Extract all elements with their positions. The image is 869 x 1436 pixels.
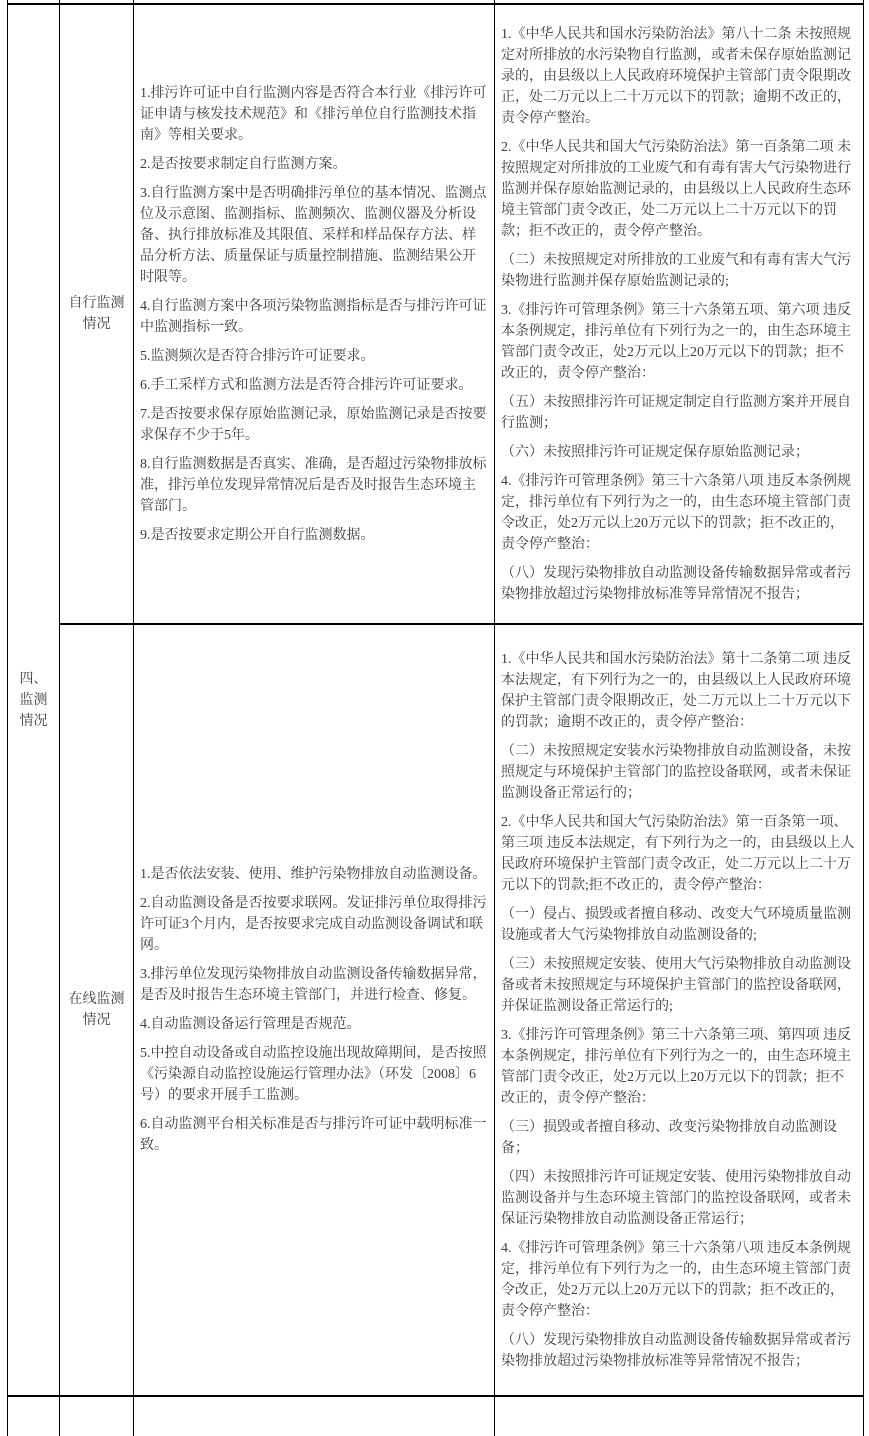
- legal-paragraph: （一）侵占、损毁或者擅自移动、改变大气环境质量监测设施或者大气污染物排放自动监测…: [501, 904, 857, 946]
- cutoff-cell: [60, 1396, 134, 1410]
- checklist-item: 4.自动监测设备运行管理是否规范。: [140, 1014, 488, 1035]
- legal-paragraph: （八）发现污染物排放自动监测设备传输数据异常或者污染物排放超过污染物排放标准等异…: [501, 563, 857, 605]
- legal-paragraph: 2.《中华人民共和国大气污染防治法》第一百条第二项 未按照规定对所排放的工业废气…: [501, 137, 857, 242]
- category-cell-online-monitoring: 在线监测 情况: [60, 624, 134, 1396]
- legal-basis-cell-self-monitoring: 1.《中华人民共和国水污染防治法》第八十二条 未按照规定对所排放的水污染物自行监…: [495, 4, 864, 624]
- checklist-item: 5.中控自动设备或自动监控设施出现故障期间，是否按照《污染源自动监控设施运行管理…: [140, 1043, 488, 1106]
- checklist-item: 6.手工采样方式和监测方法是否符合排污许可证要求。: [140, 375, 488, 396]
- checklist-item: 8.自行监测数据是否真实、准确，是否超过污染物排放标准，排污单位发现异常情况后是…: [140, 454, 488, 517]
- checklist-item: 7.是否按要求保存原始监测记录，原始监测记录是否按要求保存不少于5年。: [140, 404, 488, 446]
- legal-basis-cell-online-monitoring: 1.《中华人民共和国水污染防治法》第十二条第二项 违反本法规定，有下列行为之一的…: [495, 624, 864, 1396]
- cutoff-cell: [134, 1396, 495, 1410]
- checklist-item: 1.排污许可证中自行监测内容是否符合本行业《排污许可证申请与核发技术规范》和《排…: [140, 83, 488, 146]
- checklist-item: 2.是否按要求制定自行监测方案。: [140, 154, 488, 175]
- compliance-table: 四、 监测 情况 自行监测 情况 1.排污许可证中自行监测内容是否符合本行业《排…: [7, 0, 864, 1410]
- cutoff-cell: [495, 1396, 864, 1410]
- table-row-cutoff-bottom: [8, 1396, 864, 1410]
- category-cell-self-monitoring: 自行监测 情况: [60, 4, 134, 624]
- legal-paragraph: 2.《中华人民共和国大气污染防治法》第一百条第一项、第三项 违反本法规定，有下列…: [501, 812, 857, 896]
- legal-paragraph: （二）未按照规定安装水污染物排放自动监测设备，未按照规定与环境保护主管部门的监控…: [501, 741, 857, 804]
- items-cell-self-monitoring: 1.排污许可证中自行监测内容是否符合本行业《排污许可证申请与核发技术规范》和《排…: [134, 4, 495, 624]
- table-row-online-monitoring: 在线监测 情况 1.是否依法安装、使用、维护污染物排放自动监测设备。 2.自动监…: [8, 624, 864, 1396]
- checklist-item: 9.是否按要求定期公开自行监测数据。: [140, 525, 488, 546]
- checklist-item: 6.自动监测平台相关标准是否与排污许可证中载明标准一致。: [140, 1114, 488, 1156]
- checklist-item: 3.排污单位发现污染物排放自动监测设备传输数据异常，是否及时报告生态环境主管部门…: [140, 964, 488, 1006]
- legal-paragraph: （四）未按照排污许可证规定安装、使用污染物排放自动监测设备并与生态环境主管部门的…: [501, 1167, 857, 1230]
- legal-paragraph: 4.《排污许可管理条例》第三十六条第八项 违反本条例规定，排污单位有下列行为之一…: [501, 1238, 857, 1322]
- checklist-item: 3.自行监测方案中是否明确排污单位的基本情况、监测点位及示意图、监测指标、监测频…: [140, 183, 488, 288]
- legal-paragraph: （六）未按照排污许可证规定保存原始监测记录；: [501, 442, 857, 463]
- legal-paragraph: （三）损毁或者擅自移动、改变污染物排放自动监测设备；: [501, 1117, 857, 1159]
- section-label-monitoring: 四、 监测 情况: [8, 4, 60, 1396]
- items-cell-online-monitoring: 1.是否依法安装、使用、维护污染物排放自动监测设备。 2.自动监测设备是否按要求…: [134, 624, 495, 1396]
- legal-paragraph: 4.《排污许可管理条例》第三十六条第八项 违反本条例规定，排污单位有下列行为之一…: [501, 471, 857, 555]
- checklist-item: 4.自行监测方案中各项污染物监测指标是否与排污许可证中监测指标一致。: [140, 296, 488, 338]
- legal-paragraph: 1.《中华人民共和国水污染防治法》第十二条第二项 违反本法规定，有下列行为之一的…: [501, 649, 857, 733]
- legal-paragraph: （三）未按照规定安装、使用大气污染物排放自动监测设备或者未按照规定与环境保护主管…: [501, 954, 857, 1017]
- checklist-item: 1.是否依法安装、使用、维护污染物排放自动监测设备。: [140, 864, 488, 885]
- legal-paragraph: 1.《中华人民共和国水污染防治法》第八十二条 未按照规定对所排放的水污染物自行监…: [501, 24, 857, 129]
- legal-paragraph: 3.《排污许可管理条例》第三十六条第三项、第四项 违反本条例规定，排污单位有下列…: [501, 1025, 857, 1109]
- legal-paragraph: （八）发现污染物排放自动监测设备传输数据异常或者污染物排放超过污染物排放标准等异…: [501, 1330, 857, 1372]
- legal-paragraph: （五）未按照排污许可证规定制定自行监测方案并开展自行监测；: [501, 392, 857, 434]
- legal-paragraph: 3.《排污许可管理条例》第三十六条第五项、第六项 违反本条例规定，排污单位有下列…: [501, 300, 857, 384]
- cutoff-cell: [8, 1396, 60, 1410]
- checklist-item: 2.自动监测设备是否按要求联网。发证排污单位取得排污许可证3个月内，是否按要求完…: [140, 893, 488, 956]
- table-row-self-monitoring: 四、 监测 情况 自行监测 情况 1.排污许可证中自行监测内容是否符合本行业《排…: [8, 4, 864, 624]
- legal-paragraph: （二）未按照规定对所排放的工业废气和有毒有害大气污染物进行监测并保存原始监测记录…: [501, 250, 857, 292]
- checklist-item: 5.监测频次是否符合排污许可证要求。: [140, 346, 488, 367]
